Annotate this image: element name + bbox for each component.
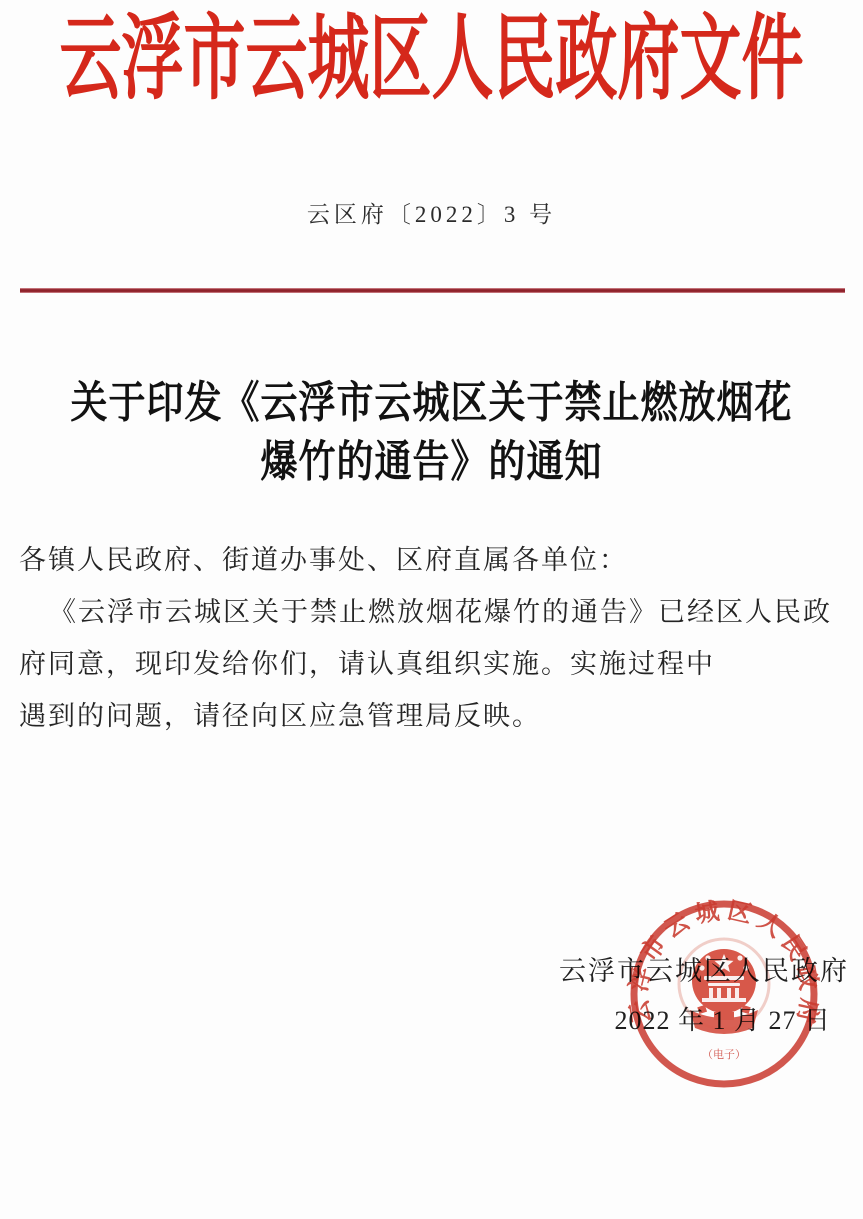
document-number: 云区府〔2022〕3 号 bbox=[0, 196, 863, 229]
official-seal-icon: 云浮市云城区人民政府 （电子） bbox=[624, 894, 824, 1094]
document-title-line-1: 关于印发《云浮市云城区关于禁止燃放烟花 bbox=[0, 374, 863, 433]
document-title: 关于印发《云浮市云城区关于禁止燃放烟花 爆竹的通告》的通知 bbox=[0, 374, 863, 492]
body-salutation: 各镇人民政府、街道办事处、区府直属各单位： bbox=[19, 534, 845, 586]
red-separator-rule bbox=[20, 288, 845, 293]
document-title-line-2: 爆竹的通告》的通知 bbox=[0, 433, 863, 492]
body-line: 遇到的问题，请径向区应急管理局反映。 bbox=[19, 690, 845, 742]
seal-bottom-text: （电子） bbox=[702, 1047, 746, 1061]
body-line: 府同意，现印发给你们，请认真组织实施。实施过程中 bbox=[19, 638, 845, 690]
letterhead: 云浮市云城区人民政府文件 bbox=[0, 14, 863, 110]
document-body: 各镇人民政府、街道办事处、区府直属各单位： 《云浮市云城区关于禁止燃放烟花爆竹的… bbox=[19, 534, 845, 742]
body-line: 《云浮市云城区关于禁止燃放烟花爆竹的通告》已经区人民政 bbox=[49, 586, 845, 638]
letterhead-title: 云浮市云城区人民政府文件 bbox=[59, 14, 803, 107]
national-emblem-icon bbox=[679, 939, 769, 1034]
document-page: 云浮市云城区人民政府文件 云区府〔2022〕3 号 关于印发《云浮市云城区关于禁… bbox=[0, 0, 863, 1219]
